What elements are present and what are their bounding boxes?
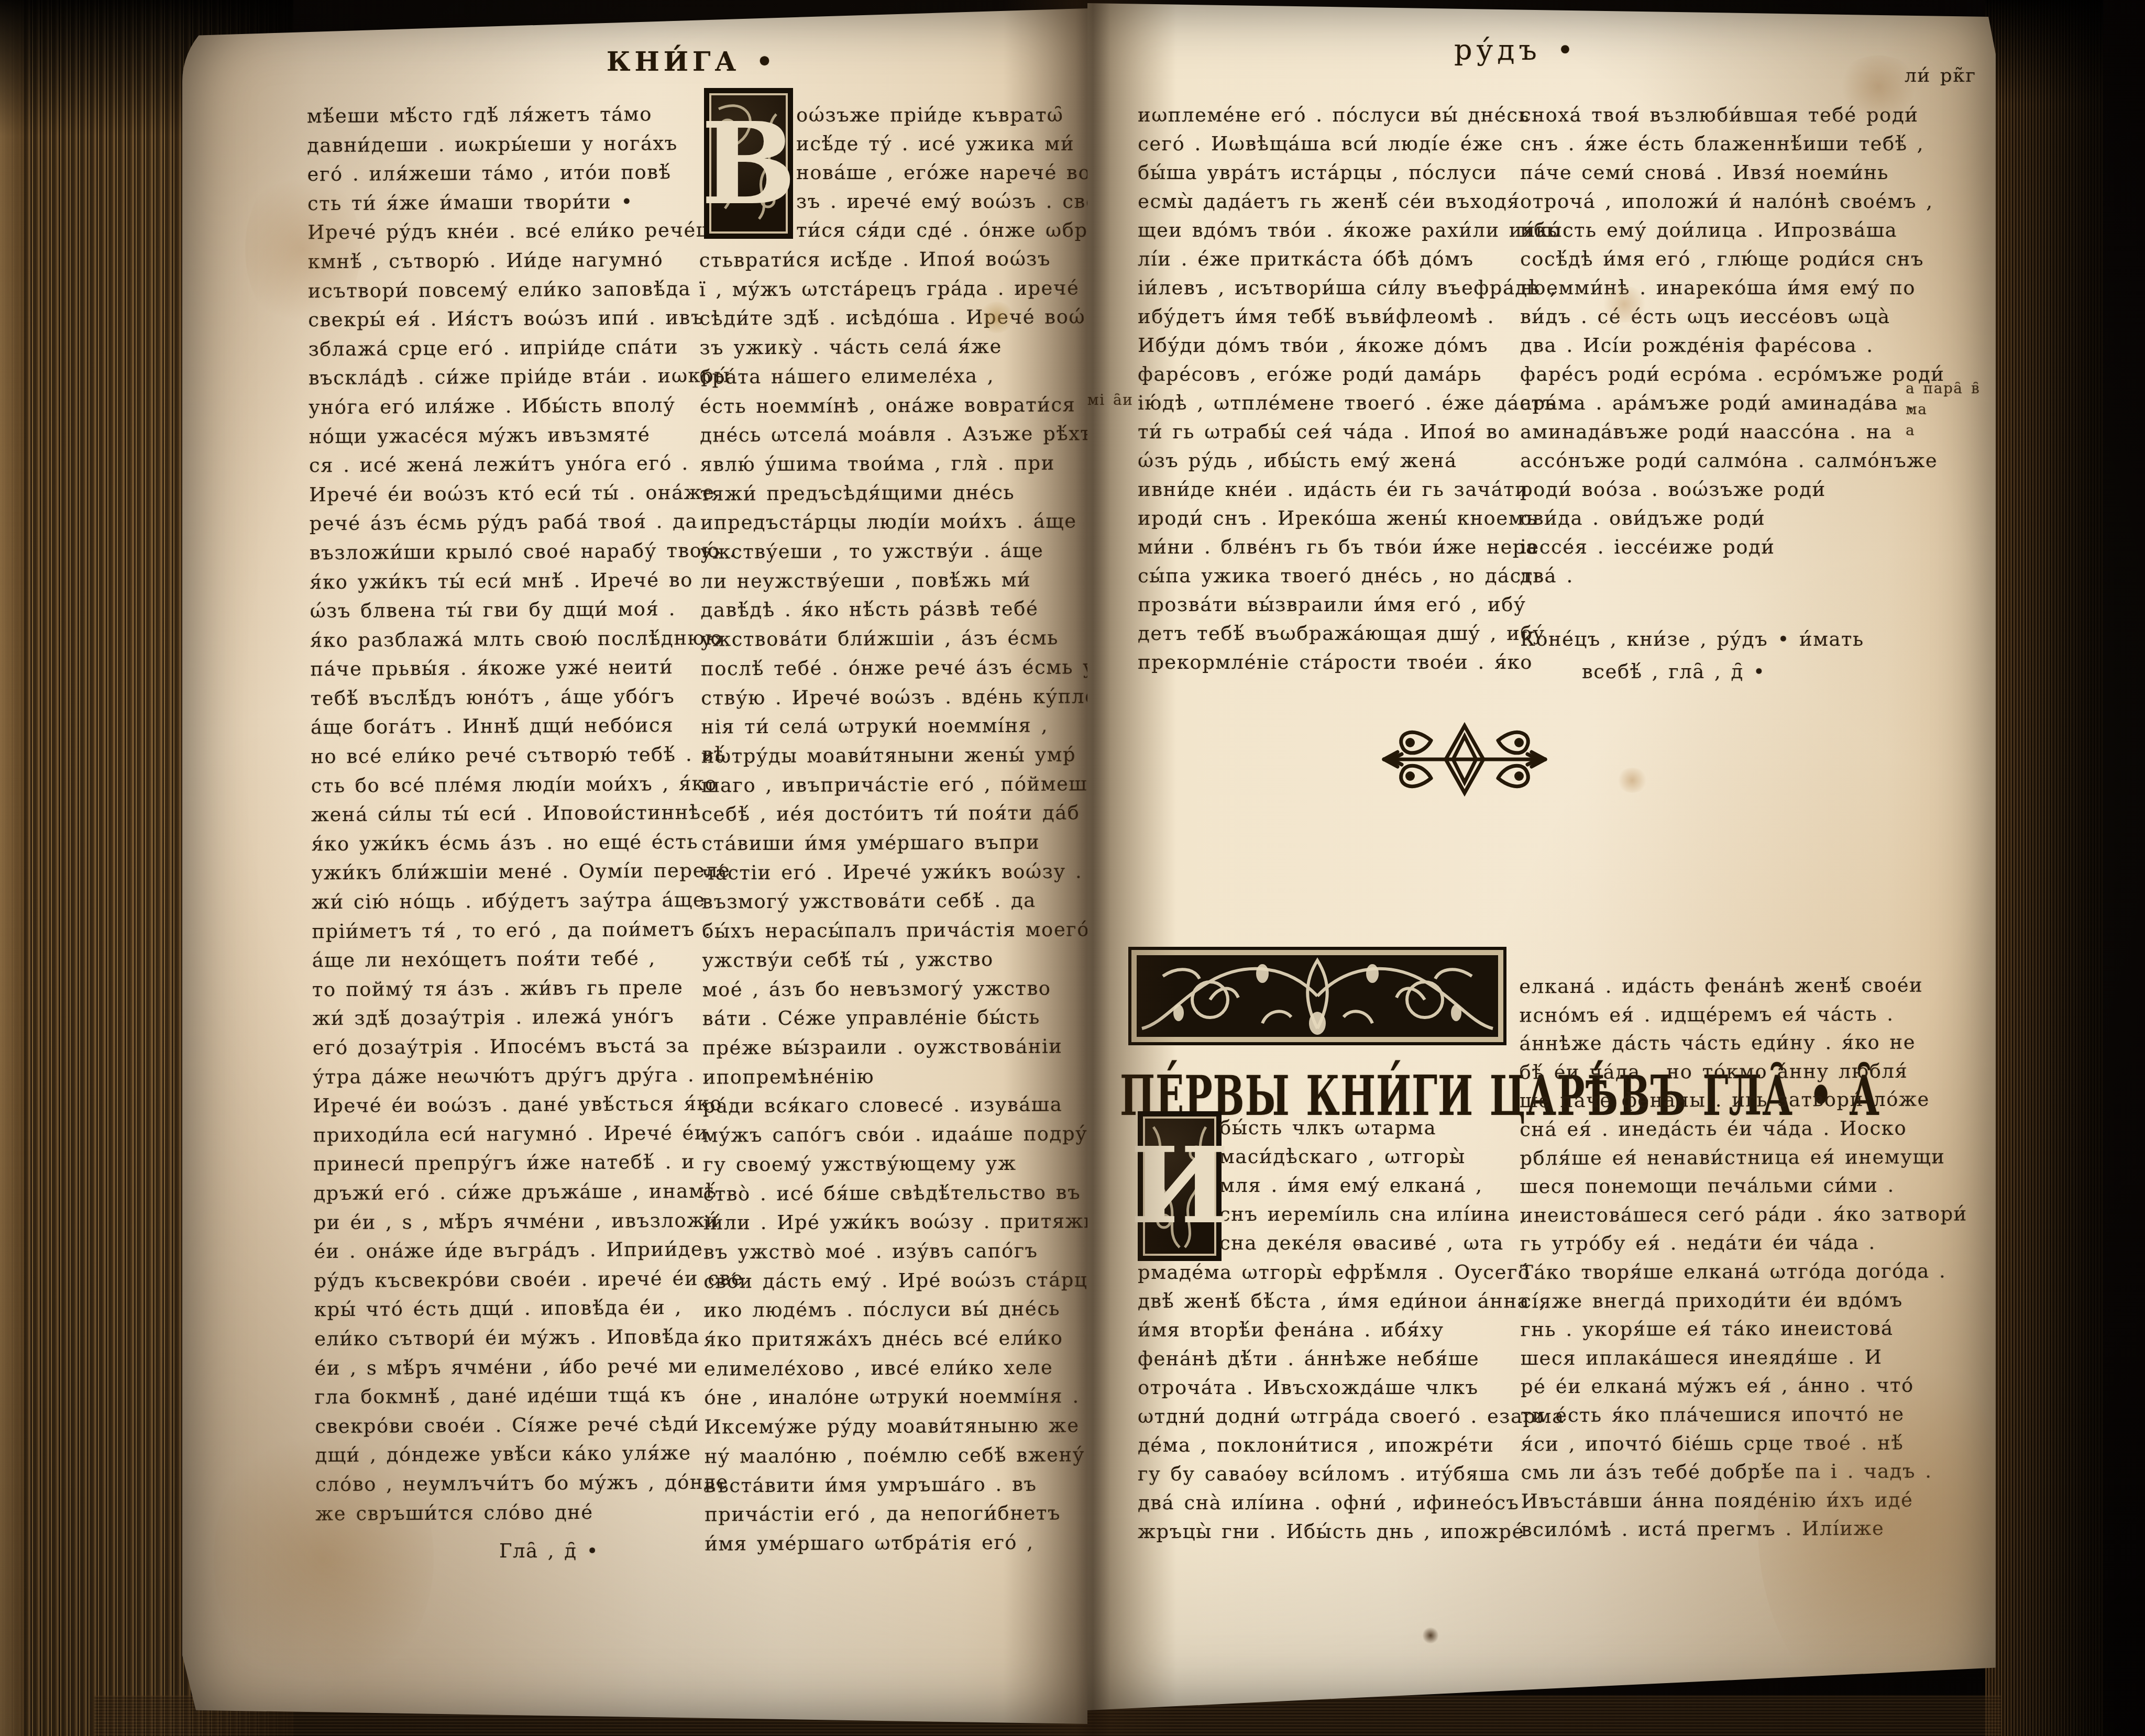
text-line: бы́сть члкъ ωтарма [1219, 1113, 1513, 1142]
text-line: а [1906, 420, 1995, 441]
text-line: же свръши́тся сло́во дне́ [315, 1497, 706, 1528]
text-line: ста́виши и́мя уме́ршаго въпри [701, 828, 1063, 859]
text-line: я́ко ужи́къ ты́ еси́ мнѣ́ . Ирече́ во [310, 565, 700, 596]
text-line: а́ннѣже да́сть ча́сть еди́ну . я́ко не [1519, 1029, 1909, 1058]
text-line: нія ти́ села́ ωтруки́ ноеммі́ня , [701, 711, 1062, 742]
text-line: прозва́ти вы́звраили и́мя его́ , ибу́ [1138, 590, 1515, 619]
text-column-b: стьврати́ся исѣ́де . Ипоя́ воώзъї , му́ж… [699, 245, 1066, 1559]
text-line: гу бу савао́ѳу вси́ломъ . иту́бяша [1138, 1459, 1515, 1488]
text-line: ра́ди вся́каго словесе́ . изува́ша [703, 1090, 1064, 1121]
text-line: Ибу́ди до́мъ тво́и , я́коже до́мъ [1138, 331, 1515, 360]
text-line: ужству́и себѣ́ ты́ , ужство [702, 944, 1063, 975]
marginal-note-right: а пара̑ в̑маа [1906, 378, 1995, 441]
text-line: два́ . [1520, 561, 1910, 590]
text-line: жи́ сію́ но́щь . ибу́детъ зау́тра а́ще [312, 886, 702, 917]
text-line: ству́ю . Ирече́ воώзъ . вде́нь ку́пле [701, 682, 1062, 713]
colophon: Коне́цъ , кни́зе , ру́дъ • и́мать всебѣ́… [1520, 623, 1910, 688]
text-line: възложи́ши крыло́ свое́ нарабу́ твою́ . [310, 536, 700, 568]
text-line: иωплеме́не его́ . по́слуси вы́ дне́сь [1138, 101, 1515, 129]
text-line: лі́и . е́же притка́ста о́бѣ до́мъ [1138, 245, 1515, 273]
text-line: ре́ е́и елкана́ му́жъ ея́ , а́нно . что́ [1521, 1372, 1911, 1401]
text-line: сна деке́ля ѳвасиве́ , ωта [1219, 1229, 1513, 1257]
text-line: явлю́ у́шима твои́ма , гля̀ . при [700, 448, 1061, 479]
text-line: оώзъже пріи́де къвратω̑ [796, 101, 1069, 129]
text-line: щеи вдо́мъ тво́и . я́коже рахи́ли ия́ко [1138, 216, 1515, 245]
text-line: прича́стіи его́ , да непоги́бнетъ [705, 1499, 1066, 1530]
text-line: ва́ти . Се́же управле́ніе бы́сть [702, 1003, 1064, 1034]
text-line: сего́ . Иωвѣща́ша вси́ люді́е е́же [1138, 129, 1515, 158]
text-line: я́ко притяжа́хъ дне́сь все́ ели́ко [704, 1324, 1065, 1355]
text-line: жена́ си́лы ты́ еси́ . Иповои́стиннѣ [311, 798, 701, 830]
text-line: іессе́я . іессе́иже роди́ [1520, 533, 1910, 561]
text-line: ї , му́жъ ωтста́рецъ гра́да . ирече́ [699, 273, 1061, 304]
running-head-left: КНИ́ГА • [607, 46, 777, 77]
text-column-d-bottom: елкана́ . ида́сть фена́нѣ женѣ́ свое́иис… [1519, 971, 1911, 1544]
text-line: сы́па ужика твоего́ дне́сь , но да́сть [1138, 561, 1515, 590]
text-line: его́ дозау́трія . Ипосе́мъ въста́ за [313, 1031, 703, 1063]
text-line: мое́ , а́зъ бо невъзмогу́ ужство [702, 974, 1064, 1004]
text-column-a: мѣ́еши мѣ́сто гдѣ́ ля́жетъ та́модавни́де… [307, 99, 706, 1529]
text-line: ассо́нъже роди́ салмо́на . салмо́нъже [1520, 446, 1910, 475]
text-line: кры́ что́ е́сть дщи́ . иповѣ́да е́и , [314, 1293, 705, 1324]
text-line: фена́нѣ дѣ́ти . а́ннѣже небя́ше [1138, 1344, 1515, 1373]
text-line: ώзъ блвена ты́ гви бу дщи́ моя́ . [310, 594, 700, 626]
text-line: шаго , ивъприча́стіе его́ , по́ймеши [701, 769, 1063, 800]
text-line: ибы́сть ему́ дои́лица . Ипрозва́ша [1520, 216, 1910, 245]
text-line: стьврати́ся исѣ́де . Ипоя́ воώзъ [699, 245, 1061, 275]
text-line: кмнѣ́ , сътворю́ . Ии́де нагумно́ [307, 245, 698, 277]
text-line: е́сть ноеммі́нѣ , она́же воврати́ся [700, 390, 1061, 421]
book-photo: КНИ́ГА • мѣ́еши мѣ́сто гдѣ́ ля́жетъ та́м… [0, 0, 2145, 1736]
ink-speck [1423, 1627, 1438, 1644]
text-line: фаре́съ роди́ есро́ма . есро́мъже роди́ [1520, 360, 1910, 389]
text-column-d-top: сноха́ твоя́ възлюби́вшая тебе́ роди́снъ… [1520, 101, 1910, 590]
text-line: бѣ́ е́и ча́да . но то́кмо а́нну любля́ [1520, 1057, 1910, 1087]
text-line: гла бокмнѣ́ , дане́ иде́ши тща́ къ [315, 1380, 705, 1412]
text-line: сна́ ея́ . инеда́сть е́и ча́да . Иоско [1520, 1114, 1910, 1144]
text-line: е́и , ѕ мѣ́ръ ячме́ни , и́бо рече́ ми [314, 1351, 705, 1383]
text-line: давни́деши . иωкры́еши у нога́хъ [307, 128, 697, 160]
text-line: тебѣ́ въслѣ́дъ юно́тъ , а́ще убо́гъ [310, 682, 700, 713]
text-line: ну́ маало́ню , пое́млю себѣ́ вжену́ , [704, 1440, 1065, 1471]
text-line: ма [1906, 399, 1995, 420]
text-line: а́ще бога́тъ . Иннѣ́ дщи́ небо́ися [311, 711, 701, 742]
text-line: ужствова́ти бли́жшіи , а́зъ е́смь [701, 624, 1062, 655]
text-line: Та́ко творя́ше елкана́ ωтго́да дого́да . [1520, 1257, 1910, 1287]
text-line: жръцы̀ гни . Ибы́сть днь , ипожре́ [1138, 1517, 1515, 1546]
text-line: Ирече́ ру́дъ кне́и . все́ ели́ко рече́ши [307, 216, 698, 247]
text-line: Иксему́же ру́ду моави́тяныню же [704, 1411, 1065, 1442]
text-line: сть бо все́ пле́мя люді́и мои́хъ , я́ко [311, 769, 701, 800]
text-line: ти́ся ся́ди сде́ . о́нже ωбра [796, 216, 1069, 245]
text-line: ара́ма . ара́мъже роди́ аминада́ва . [1520, 389, 1910, 417]
text-line: іи́ли . Ире́ ужи́къ воώзу . притяжи́ [703, 1207, 1065, 1238]
text-line: нова́ше , его́же нарече́ воώ [796, 158, 1069, 187]
text-line: рбля́ше ея́ ненави́стница ея́ инемущи [1520, 1143, 1910, 1173]
text-line: ипопремѣне́нію [702, 1061, 1064, 1092]
text-line: сі́яже внегда́ приходи́ти е́и вдо́мъ [1520, 1286, 1910, 1315]
text-line: зъ . ирече́ ему́ воώзъ . свер [796, 187, 1069, 216]
text-line: въста́вити и́мя умръша́го . въ [705, 1469, 1066, 1500]
text-line: ироди́ снъ . Иреко́ша жены́ кноемъ [1138, 504, 1515, 533]
text-line: сво́и да́сть ему́ . Ире́ воώзъ ста́рц [703, 1265, 1065, 1296]
text-line: ію́дѣ , ωтпле́мене твоего́ . е́же да́стъ [1138, 389, 1515, 417]
text-column-c-top: иωплеме́не его́ . по́слуси вы́ дне́сьсег… [1138, 101, 1515, 677]
text-line: два . Исі́и рожде́нія фаре́сова . [1520, 331, 1910, 360]
tailpiece-ornament [1381, 713, 1548, 805]
text-line: ру́дъ късвекро́ви свое́и . ирече́ е́и св… [314, 1264, 704, 1295]
text-column-c-bottom: рмаде́ма ωтгоры̀ ефрѣ́мля . Оусего́двѣ́ … [1138, 1258, 1515, 1546]
text-line: ивни́де кне́и . ида́сть е́и гь зача́ти [1138, 475, 1515, 504]
text-line: давѣ́дѣ . я́ко нѣ́сть ра́звѣ тебе́ [700, 594, 1062, 625]
text-line: ноемми́нѣ . инареко́ша и́мя ему́ по [1520, 273, 1910, 302]
text-line: жи́ здѣ́ дозау́трія . илежа́ уно́гъ [312, 1002, 702, 1033]
text-line: исътвори́ повсему́ ели́ко заповѣ́да [308, 274, 698, 305]
text-line: ужству́еши , то ужству́и . а́ще [700, 536, 1062, 567]
text-line: ипредъста́рцы люді́и мои́хъ . а́ще [700, 507, 1062, 538]
text-line: му́жъ сапо́гъ сво́и . идаа́ше подру́ [703, 1120, 1064, 1151]
text-line: ви́дъ . се́ е́сть ωцъ иессе́овъ ωца̀ [1520, 302, 1910, 331]
text-line: прекормле́ніе ста́рости твое́и . я́ко [1138, 648, 1515, 677]
text-line: бы́ша увра́тъ иста́рцы , по́слуси [1138, 158, 1515, 187]
text-line: гнь . укоря́ше ея́ та́ко инеистова́ [1520, 1314, 1910, 1344]
drop-cap-v: В [704, 88, 793, 239]
text-line: послѣ́ тебе́ . о́нже рече́ а́зъ е́смь уж [701, 653, 1062, 683]
text-line: ужи́къ бли́жшіи мене́ . Оумі́и переле [312, 856, 702, 888]
text-line: себѣ́ , ие́я досто́итъ ти́ поя́ти да́б [701, 799, 1063, 830]
text-line: въ ужство̀ мое́ . изу́въ сапо́гъ [703, 1236, 1065, 1267]
text-line: гу своему́ ужству́ющему уж [703, 1148, 1064, 1179]
text-line: исно́мъ ея́ . идще́ремъ ея́ ча́сть . [1519, 1000, 1909, 1030]
text-line: иωтру́ды моави́тяныни жены́ умр́ [701, 740, 1063, 771]
text-column-b-beside-initial: оώзъже пріи́де къвратω̑исѣ́де ту́ . исе́… [796, 101, 1069, 245]
text-line: е́и . она́же и́де въгра́дъ . Иприи́де [314, 1235, 704, 1266]
text-line: аминада́въже роди́ наассо́на . на [1520, 417, 1910, 446]
text-line: мля . и́мя ему́ елкана́ , [1219, 1171, 1513, 1200]
text-line: ли неужству́еши , повѣ́жь ми́ [700, 565, 1062, 596]
text-line: сосѣ́дѣ и́мя его́ , глю́ще роди́ся снъ [1520, 245, 1910, 273]
fore-edge-right-page-stack [1985, 0, 2103, 1736]
text-line: бы́хъ нерасы́палъ прича́стія моего́ . [702, 915, 1063, 946]
text-line: сло́во , неумлъчи́тъ бо му́жъ , до́нде [315, 1468, 706, 1499]
text-line: елкана́ . ида́сть фена́нѣ женѣ́ свое́и [1519, 971, 1909, 1001]
right-page: ру́дъ • ли́ рк̃г иωплеме́не его́ . по́сл… [1087, 3, 1996, 1710]
text-line: снъ иеремі́иль сна илі́ина , [1219, 1200, 1513, 1229]
text-line: я́ко ужи́къ е́смь а́зъ . но еще́ е́сть [311, 827, 701, 859]
text-line: па́че прьвы́я . я́коже уже́ неити́ [310, 653, 700, 684]
text-line: гь утро́бу ея́ . неда́ти е́и ча́да . [1520, 1229, 1910, 1258]
text-line: де́ма , поклони́тися , ипожре́ти [1138, 1431, 1515, 1459]
text-line: у́тра да́же неωчю́тъ дру́гъ дру́га . [313, 1060, 703, 1091]
text-line: уно́га его́ иля́же . Ибы́сть вполу́ [309, 391, 699, 422]
text-line: его́ . иля́жеши та́мо , ито́и повѣ́ [307, 158, 697, 189]
text-line: шеся понемощи печа́льми си́ми . [1520, 1171, 1910, 1201]
text-column-c-beside-initial: бы́сть члкъ ωтармамаси́дѣскаго , ωтгоры̀… [1219, 1113, 1513, 1257]
text-line: детъ тебѣ́ въωбража́ющая дшу́ , ибу́ [1138, 619, 1515, 648]
text-line: рмаде́ма ωтгоры̀ ефрѣ́мля . Оусего́ [1138, 1258, 1515, 1287]
text-line: сѣди́те здѣ́ . исѣдо́ша . Ирече́ воώ [699, 303, 1061, 334]
text-line: отроча́ , иположи́ и́ нало́нѣ свое́мъ , [1520, 187, 1910, 216]
folio-number: ли́ рк̃г [1905, 65, 1976, 86]
text-line: ти́ гь ωтрабы́ сея́ ча́да . Ипоя́ во [1138, 417, 1515, 446]
text-line: бра́та на́шего елимеле́ха , [700, 361, 1061, 392]
text-line: ώзъ ру́дь , ибы́сть ему́ жена́ [1138, 446, 1515, 475]
text-line: възмогу́ ужствова́ти себѣ́ . да [702, 886, 1063, 917]
drop-cap-i: И [1138, 1111, 1222, 1261]
text-line: дщи́ , до́ндеже увѣ́си ка́ко уля́же [315, 1439, 705, 1470]
text-line: два́ сна̀ илі́ина . офни́ , ифинео́съ [1138, 1488, 1515, 1517]
text-line: елимеле́хово , ивсе́ ели́ко хеле [704, 1353, 1065, 1384]
text-line: Ирече́ е́и воώзъ . дане́ увѣ́сться я́ко [313, 1089, 703, 1121]
text-line: дне́сь ωтсела́ моа́вля . Азъже рѣ́хъ [700, 419, 1061, 450]
text-line: свекры́ ея́ . Ия́стъ воώзъ ипи́ . ивъ [308, 303, 698, 335]
text-line: и́мя уме́ршаго ωтбра́тія его́ , [705, 1528, 1066, 1558]
text-line: ше па́че фена́ны . игь затвори́ ло́же [1520, 1086, 1910, 1115]
headpiece-ornament [1131, 950, 1503, 1042]
text-line: па́че семи́ снова́ . Ивзя́ ноеми́нь [1520, 158, 1910, 187]
text-line: ови́да . ови́дъже роди́ [1520, 504, 1910, 533]
text-line: снъ . я́же е́сть блаженнѣ́иши тебѣ́ , [1520, 129, 1910, 158]
text-line: ωтдни́ додни́ ωтгра́да своего́ . езарма [1138, 1402, 1515, 1431]
text-line: ико люде́мъ . по́слуси вы́ дне́сь [703, 1295, 1065, 1325]
text-line: мѣ́еши мѣ́сто гдѣ́ ля́жетъ та́мо [307, 99, 697, 131]
text-line: Ивъста́вши а́нна пояде́нію и́хъ иде́ [1521, 1486, 1911, 1516]
text-line: свекро́ви свое́и . Сі́яже рече́ сѣди́ [315, 1409, 705, 1441]
text-line: ми́ни . блве́нъ гь бъ тво́и и́же нера [1138, 533, 1515, 561]
text-line: фаре́совъ , его́же роди́ дама́рь [1138, 360, 1515, 389]
text-line: ели́ко сътвори́ е́и му́жъ . Иповѣ́да [314, 1322, 705, 1354]
text-line: и́мя вторѣ́и фена́на . ибя́ху [1138, 1315, 1515, 1344]
colophon-line: Коне́цъ , кни́зе , ру́дъ • и́мать [1520, 623, 1910, 656]
text-line: зблажа́ срце его́ . ипріи́де спа́ти [308, 332, 698, 363]
text-line: рече́ а́зъ е́смь ру́дъ раба́ твоя́ . да [309, 507, 699, 538]
text-line: сноха́ твоя́ възлюби́вшая тебе́ роди́ [1520, 101, 1910, 129]
text-line: отроча́та . Ивъсхожда́ше члкъ [1138, 1373, 1515, 1402]
text-line: то пойму́ тя а́зъ . жи́въ гь преле [312, 973, 702, 1004]
text-line: приходи́ла еси́ нагумно́ . Ирече́ е́и [313, 1118, 703, 1149]
text-line: ство̀ . исе́ бя́ше свѣдѣ́тельство въ [703, 1178, 1064, 1209]
text-line: принеси́ препру́гъ и́же натебѣ́ . и [313, 1147, 703, 1179]
text-line: инеистова́шеся сего́ ра́ди . я́ко затвор… [1520, 1200, 1910, 1230]
text-line: тяжи́ предъсѣдя́щими дне́сь [700, 478, 1061, 508]
text-line: двѣ́ женѣ́ бѣ́ста , и́мя еди́нои а́нна , [1138, 1287, 1515, 1315]
text-line: ча́стіи его́ . Ирече́ ужи́къ воώзу . не [702, 857, 1063, 888]
text-line: дръжи́ его́ . си́же дръжа́ше , инамѣ́ [313, 1177, 703, 1208]
text-line: іи́левъ , исътвори́ша си́лу въефра́дѣ , [1138, 273, 1515, 302]
text-line: ти е́сть я́ко пла́чешися ипочто́ не [1521, 1400, 1911, 1430]
text-line: въскла́дѣ . си́же пріи́де вта́и . иωкры́ [309, 361, 699, 393]
text-line: шеся иплака́шеся инеядя́ше . И [1521, 1343, 1911, 1373]
text-line: а́ще ли нехо́щетъ поя́ти тебе́ , [312, 944, 702, 975]
fox-stain [1616, 768, 1648, 793]
text-line: смь ли а́зъ тебе́ добрѣ́е па і . чадъ . [1521, 1457, 1911, 1487]
text-line: я́ко разблажа́ млть свою́ послѣ́днюю [310, 623, 700, 655]
text-line: маси́дѣскаго , ωтгоры̀ [1219, 1142, 1513, 1171]
running-head-right: ру́дъ • [1454, 34, 1578, 67]
text-line: зъ ужику̀ . ча́сть села́ я́же [699, 332, 1061, 363]
text-line: пріи́метъ тя́ , то его́ , да пои́метъ . [312, 914, 702, 946]
text-line: я́си , ипочто́ біе́шь срце твое́ . нѣ́ [1521, 1429, 1911, 1458]
text-line: ри е́и , ѕ , мѣ́ръ ячме́ни , ивъзложи́ [314, 1206, 704, 1237]
text-line: ибу́детъ и́мя тебѣ́ въви́флеомѣ . [1138, 302, 1515, 331]
text-line: пре́же вы́зраили . оужствова́ніи [702, 1032, 1064, 1063]
left-page: КНИ́ГА • мѣ́еши мѣ́сто гдѣ́ ля́жетъ та́м… [182, 8, 1087, 1724]
text-line: Ирече́ е́и воώзъ кто́ еси́ ты́ . она́же [309, 478, 699, 509]
text-line: но́щи ужасе́ся му́жъ ивъзмяте́ [309, 419, 699, 451]
text-line: сть ти́ я́же и́маши твори́ти • [307, 187, 698, 218]
chapter-end-marker: Гла̑ , д̑ • [465, 1540, 633, 1562]
text-line: исѣ́де ту́ . исе́ ужика ми́ [796, 129, 1069, 158]
text-line: о́не , инало́не ωтруки́ ноеммі́ня . [704, 1382, 1065, 1413]
text-line: ся . исе́ жена́ лежи́тъ уно́га его́ . [309, 449, 699, 480]
text-line: есмы̀ дада́етъ гь женѣ́ се́и въходя́ [1138, 187, 1515, 216]
text-line: но все́ ели́ко рече́ сътворю́ тебѣ́ . вѣ… [311, 740, 701, 771]
text-line: всило́мѣ . иста́ прегмъ . Илі́иже [1521, 1514, 1911, 1544]
text-line: роди́ воо́за . воώзъже роди́ [1520, 475, 1910, 504]
colophon-line: всебѣ́ , гла̑ , д̑ • [1520, 656, 1910, 688]
